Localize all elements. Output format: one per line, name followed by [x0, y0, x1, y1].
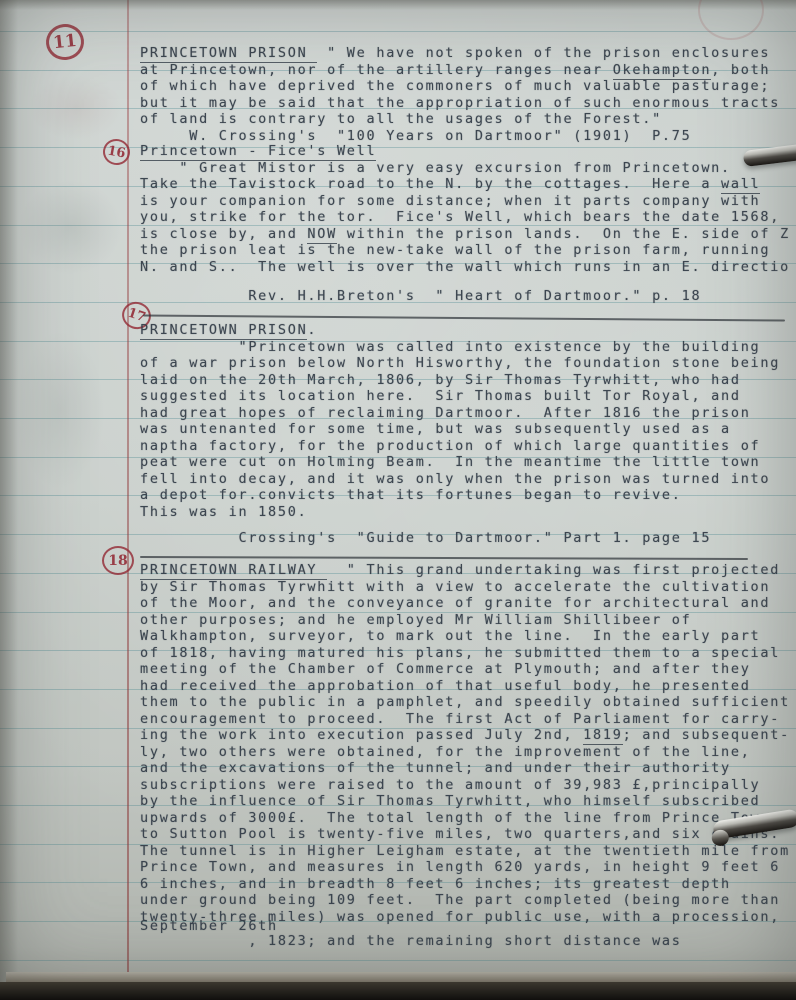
typed-line: Rev. H.H.Breton's " Heart of Dartmoor." …: [140, 288, 701, 305]
typed-line: had received the approbation of that use…: [140, 678, 790, 695]
typed-line: The tunnel is in Higher Leigham estate, …: [140, 843, 790, 860]
page-left-shadow: [0, 0, 18, 986]
table-background: [0, 982, 796, 1000]
typed-line: of 1818, having matured his plans, he su…: [140, 645, 790, 662]
ink-bleed-smudge: [18, 180, 123, 275]
typed-line: them to the public in a pamphlet, and sp…: [140, 694, 790, 711]
typed-line: by Sir Thomas Tyrwhitt with a view to ac…: [140, 579, 790, 596]
typed-line: subscriptions were raised to the amount …: [140, 777, 790, 794]
typed-line: was untenanted for some time, but was su…: [140, 421, 780, 438]
citation-breton: Rev. H.H.Breton's " Heart of Dartmoor." …: [140, 288, 701, 305]
typed-line: at Princetown, nor of the artillery rang…: [140, 62, 780, 79]
typed-line: by the influence of Sir Thomas Tyrwhitt,…: [140, 793, 790, 810]
typed-line: Princetown - Fice's Well: [140, 143, 790, 160]
typed-line: had great hopes of reclaiming Dartmoor. …: [140, 405, 780, 422]
page-top-shadow: [0, 0, 796, 10]
typed-line: Take the Tavistock road to the N. by the…: [140, 176, 790, 193]
typed-line: PRINCETOWN PRISON " We have not spoken o…: [140, 45, 780, 62]
typed-line: under ground being 109 feet. The part co…: [140, 892, 790, 909]
typed-line: encouragement to proceed. The first Act …: [140, 711, 790, 728]
typed-line: laid on the 20th March, 1806, by Sir Tho…: [140, 372, 780, 389]
typed-line: but it may be said that the appropriatio…: [140, 95, 780, 112]
ink-separator-line: [140, 556, 748, 560]
section-number-badge-18: 18: [102, 546, 134, 575]
typed-line: W. Crossing's "100 Years on Dartmoor" (1…: [140, 128, 780, 145]
page-stack-edge: [6, 972, 796, 982]
typed-line: a depot for.convicts that its fortunes b…: [140, 487, 780, 504]
typed-line: is your companion for some distance; whe…: [140, 193, 790, 210]
typed-line: fell into decay, and it was only when th…: [140, 471, 780, 488]
typed-line: N. and S.. The well is over the wall whi…: [140, 259, 790, 276]
notebook-page: 11 16 17 18 PRINCETOWN PRISON " We have …: [0, 0, 796, 986]
typed-line: is close by, and NOW within the prison l…: [140, 226, 790, 243]
typed-line: peat were cut on Holming Beam. In the me…: [140, 454, 780, 471]
typed-line: upwards of 3000£. The total length of th…: [140, 810, 790, 827]
citation-crossing: Crossing's "Guide to Dartmoor." Part 1. …: [140, 530, 711, 547]
typed-line: other purposes; and he employed Mr Willi…: [140, 612, 790, 629]
typed-line: you, strike for the tor. Fice's Well, wh…: [140, 209, 790, 226]
typed-line: and the excavations of the tunnel; and u…: [140, 760, 790, 777]
ink-bleed-smudge: [15, 330, 105, 490]
typed-line: of land is contrary to all the usages of…: [140, 111, 780, 128]
ruled-line: [0, 960, 796, 961]
typed-line: Prince Town, and measures in length 620 …: [140, 859, 790, 876]
section-fices-well: Princetown - Fice's Well " Great Mistor …: [140, 143, 790, 275]
typed-line: of which have deprived the commoners of …: [140, 78, 780, 95]
typed-line: ly, two others were obtained, for the im…: [140, 744, 790, 761]
typed-line: , 1823; and the remaining short distance…: [140, 933, 790, 950]
section-princetown-prison-history: PRINCETOWN PRISON. "Princetown was calle…: [140, 322, 780, 520]
photo-background: 11 16 17 18 PRINCETOWN PRISON " We have …: [0, 0, 796, 1000]
typed-line: meeting of the Chamber of Commerce at Pl…: [140, 661, 790, 678]
typed-line: to Sutton Pool is twenty-five miles, two…: [140, 826, 790, 843]
typed-line: This was in 1850.: [140, 504, 780, 521]
typed-line: 6 inches, and in breadth 8 feet 6 inches…: [140, 876, 790, 893]
faint-circle-mark: [698, 0, 764, 40]
typed-line: ing the work into execution passed July …: [140, 727, 790, 744]
section-princetown-railway: PRINCETOWN RAILWAY " This grand undertak…: [140, 562, 790, 949]
typed-line: the prison leat is the new-take wall of …: [140, 242, 790, 259]
typed-line: PRINCETOWN RAILWAY " This grand undertak…: [140, 562, 790, 579]
typed-line: naptha factory, for the production of wh…: [140, 438, 780, 455]
typed-line: Crossing's "Guide to Dartmoor." Part 1. …: [140, 530, 711, 547]
typed-line: of the Moor, and the conveyance of grani…: [140, 595, 790, 612]
ruled-line: [0, 31, 796, 32]
typed-line: "Princetown was called into existence by…: [140, 339, 780, 356]
typed-line: of a war prison below North Hisworthy, t…: [140, 355, 780, 372]
typed-line: Walkhampton, surveyor, to mark out the l…: [140, 628, 790, 645]
section-number-badge-11: 11: [44, 22, 86, 62]
typed-line: suggested its location here. Sir Thomas …: [140, 388, 780, 405]
ink-separator-line: [143, 314, 785, 321]
typed-line: " Great Mistor is a very easy excursion …: [140, 160, 790, 177]
section-princetown-prison-quote: PRINCETOWN PRISON " We have not spoken o…: [140, 45, 780, 144]
typed-line: PRINCETOWN PRISON.: [140, 322, 780, 339]
